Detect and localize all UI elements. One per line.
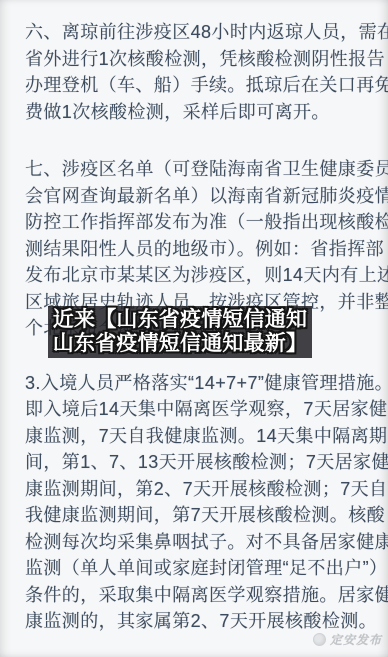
paragraph-item-6: 六、离琼前往涉疫区48小时内返琼人员，需在 省外进行1次核酸检测，凭核酸检测阴性… [25,19,366,125]
paragraph-item-3: 3.入境人员严格落实“14+7+7”健康管理措施。 即入境后14天集中隔离医学观… [25,370,366,635]
text-line: 3.入境人员严格落实“14+7+7”健康管理措施。 [25,370,366,397]
text-line: 六、离琼前往涉疫区48小时内返琼人员，需在 [25,19,366,46]
text-line: 办理登机（车、船）手续。抵琼后在关口再免 [25,72,366,99]
watermark-label: 定安发布 [330,631,382,648]
text-line: 条件的，采取集中隔离医学观察措施。居家健 [25,582,366,609]
text-line: 康监测，7天自我健康监测。14天集中隔离期 [25,423,366,450]
text-line: 检测每次均采集鼻咽拭子。对不具备居家健康 [25,529,366,556]
text-line: 康监测期间，第2、7天开展核酸检测；7天自 [25,476,366,503]
text-line: 即入境后14天集中隔离医学观察，7天居家健 [25,396,366,423]
article-page: 六、离琼前往涉疫区48小时内返琼人员，需在 省外进行1次核酸检测，凭核酸检测阴性… [0,0,388,657]
caption-line-2: 山东省疫情短信通知最新】 [53,332,307,356]
watermark: 定安发布 [313,631,382,648]
text-line: 七、涉疫区名单（可登陆海南省卫生健康委员 [25,156,366,183]
text-line: 我健康监测期间，第7天开展核酸检测。核酸 [25,502,366,529]
publisher-logo-icon [313,633,326,646]
text-line: 会官网查询最新名单）以海南省新冠肺炎疫情 [25,183,366,210]
text-line: 监测（单人单间或家庭封闭管理“足不出户”） [25,555,366,582]
text-line: 费做1次核酸检测，采样后即可离开。 [25,99,366,126]
text-line: 发布北京市某某区为涉疫区，则14天内有上述 [25,262,366,289]
caption-overlay: 近来【山东省疫情短信通知 山东省疫情短信通知最新】 [48,306,312,358]
caption-line-1: 近来【山东省疫情短信通知 [53,308,307,332]
text-line: 省外进行1次核酸检测，凭核酸检测阴性报告 [25,46,366,73]
text-line: 间，第1、7、13天开展核酸检测；7天居家健 [25,449,366,476]
text-line: 测结果阳性人员的地级市）。例如：省指挥部 [25,236,366,263]
text-line: 防控工作指挥部发布为准（一般指出现核酸检 [25,209,366,236]
